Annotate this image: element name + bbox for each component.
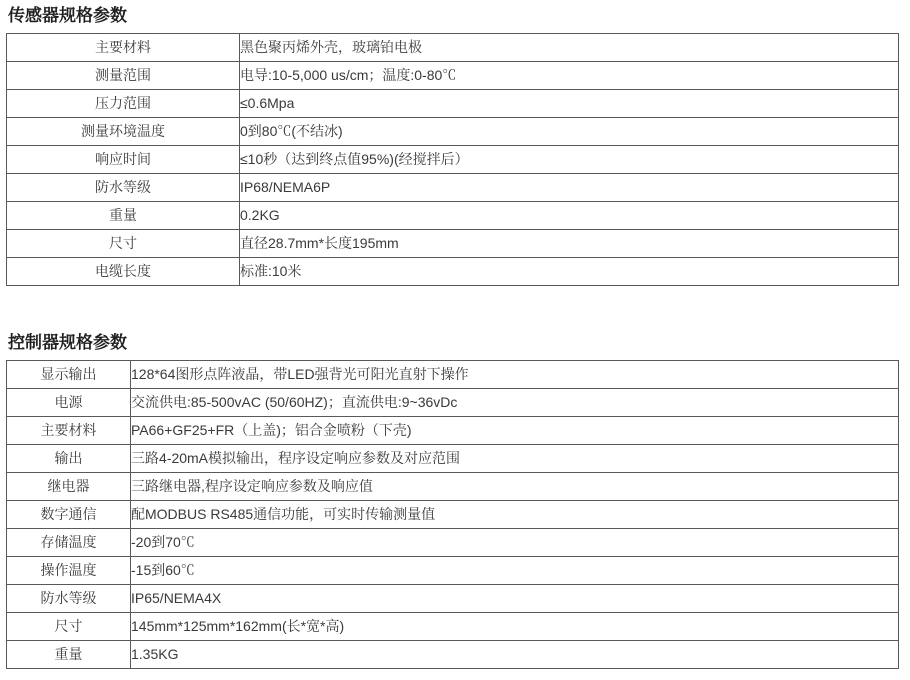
- spec-label: 尺寸: [7, 230, 240, 258]
- table-row: 响应时间 ≤10秒（达到终点值95%)(经搅拌后）: [7, 146, 899, 174]
- spec-value: 交流供电:85-500vAC (50/60HZ)；直流供电:9~36vDc: [131, 389, 899, 417]
- spec-label: 电缆长度: [7, 258, 240, 286]
- table-row: 防水等级 IP65/NEMA4X: [7, 585, 899, 613]
- table-row: 防水等级 IP68/NEMA6P: [7, 174, 899, 202]
- spec-value: ≤10秒（达到终点值95%)(经搅拌后）: [240, 146, 899, 174]
- spec-label: 重量: [7, 202, 240, 230]
- table-row: 存储温度 -20到70℃: [7, 529, 899, 557]
- table-row: 压力范围 ≤0.6Mpa: [7, 90, 899, 118]
- spec-sheet-page: 传感器规格参数 主要材料 黑色聚丙烯外壳，玻璃铂电极 测量范围 电导:10-5,…: [0, 0, 910, 680]
- spec-value: 三路4-20mA模拟输出，程序设定响应参数及对应范围: [131, 445, 899, 473]
- spec-label: 操作温度: [7, 557, 131, 585]
- spec-value: IP65/NEMA4X: [131, 585, 899, 613]
- spec-value: 0.2KG: [240, 202, 899, 230]
- spec-value: 电导:10-5,000 us/cm；温度:0-80℃: [240, 62, 899, 90]
- spec-value: IP68/NEMA6P: [240, 174, 899, 202]
- spec-label: 输出: [7, 445, 131, 473]
- spec-value: 黑色聚丙烯外壳，玻璃铂电极: [240, 34, 899, 62]
- spec-label: 测量环境温度: [7, 118, 240, 146]
- spec-value: 三路继电器,程序设定响应参数及响应值: [131, 473, 899, 501]
- spec-label: 电源: [7, 389, 131, 417]
- spec-value: 145mm*125mm*162mm(长*宽*高): [131, 613, 899, 641]
- table-row: 测量环境温度 0到80℃(不结冰): [7, 118, 899, 146]
- spec-value: 0到80℃(不结冰): [240, 118, 899, 146]
- controller-specs-title: 控制器规格参数: [8, 333, 902, 353]
- table-row: 主要材料 黑色聚丙烯外壳，玻璃铂电极: [7, 34, 899, 62]
- table-row: 尺寸 145mm*125mm*162mm(长*宽*高): [7, 613, 899, 641]
- spec-label: 显示输出: [7, 361, 131, 389]
- spec-label: 数字通信: [7, 501, 131, 529]
- spec-value: -15到60℃: [131, 557, 899, 585]
- spec-label: 压力范围: [7, 90, 240, 118]
- controller-specs-table: 显示输出 128*64图形点阵液晶，带LED强背光可阳光直射下操作 电源 交流供…: [6, 360, 899, 669]
- spec-label: 主要材料: [7, 417, 131, 445]
- table-row: 主要材料 PA66+GF25+FR（上盖)；铝合金喷粉（下壳): [7, 417, 899, 445]
- table-row: 继电器 三路继电器,程序设定响应参数及响应值: [7, 473, 899, 501]
- spec-value: PA66+GF25+FR（上盖)；铝合金喷粉（下壳): [131, 417, 899, 445]
- table-row: 尺寸 直径28.7mm*长度195mm: [7, 230, 899, 258]
- sensor-specs-table: 主要材料 黑色聚丙烯外壳，玻璃铂电极 测量范围 电导:10-5,000 us/c…: [6, 33, 899, 286]
- spec-label: 继电器: [7, 473, 131, 501]
- table-row: 测量范围 电导:10-5,000 us/cm；温度:0-80℃: [7, 62, 899, 90]
- spec-value: 128*64图形点阵液晶，带LED强背光可阳光直射下操作: [131, 361, 899, 389]
- table-row: 电源 交流供电:85-500vAC (50/60HZ)；直流供电:9~36vDc: [7, 389, 899, 417]
- spec-value: 标准:10米: [240, 258, 899, 286]
- table-row: 显示输出 128*64图形点阵液晶，带LED强背光可阳光直射下操作: [7, 361, 899, 389]
- spec-value: ≤0.6Mpa: [240, 90, 899, 118]
- spec-label: 测量范围: [7, 62, 240, 90]
- spec-label: 存储温度: [7, 529, 131, 557]
- table-row: 重量 0.2KG: [7, 202, 899, 230]
- spec-value: -20到70℃: [131, 529, 899, 557]
- spec-label: 主要材料: [7, 34, 240, 62]
- spec-value: 1.35KG: [131, 641, 899, 669]
- table-row: 输出 三路4-20mA模拟输出，程序设定响应参数及对应范围: [7, 445, 899, 473]
- spec-label: 重量: [7, 641, 131, 669]
- sensor-specs-title: 传感器规格参数: [8, 6, 902, 26]
- table-row: 数字通信 配MODBUS RS485通信功能，可实时传输测量值: [7, 501, 899, 529]
- spec-label: 防水等级: [7, 174, 240, 202]
- spec-label: 尺寸: [7, 613, 131, 641]
- table-row: 重量 1.35KG: [7, 641, 899, 669]
- table-row: 操作温度 -15到60℃: [7, 557, 899, 585]
- spec-value: 配MODBUS RS485通信功能，可实时传输测量值: [131, 501, 899, 529]
- table-row: 电缆长度 标准:10米: [7, 258, 899, 286]
- spec-label: 防水等级: [7, 585, 131, 613]
- spec-label: 响应时间: [7, 146, 240, 174]
- spec-value: 直径28.7mm*长度195mm: [240, 230, 899, 258]
